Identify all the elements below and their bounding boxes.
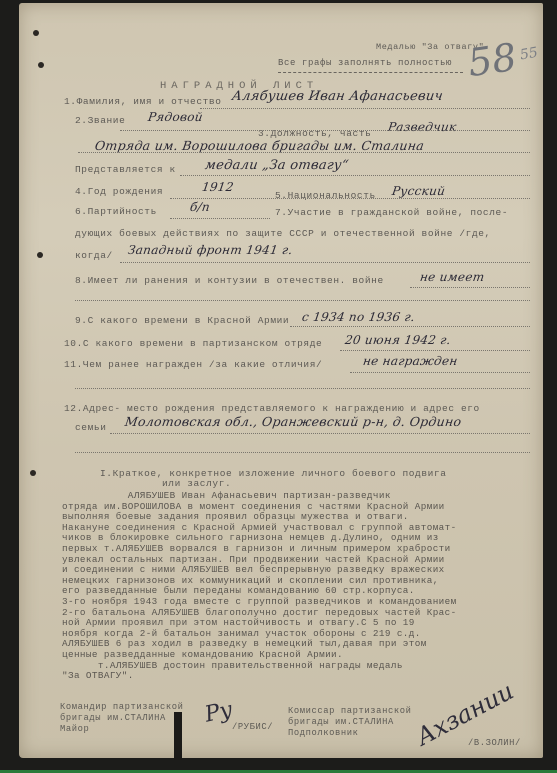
field-name-label: 1.Фамилия, имя и отчество <box>64 96 222 107</box>
field-name-value: Алябушев Иван Афанасьевич <box>231 89 444 104</box>
dotted-line <box>180 175 530 176</box>
dotted-line <box>120 130 530 131</box>
section-heading-line2: или заслуг. <box>162 478 231 489</box>
right-signer-title-1: Комиссар партизанской <box>288 706 411 716</box>
field-rank-value: Рядовой <box>147 110 204 124</box>
fill-instruction: Все графы заполнять полностью <box>278 58 452 68</box>
left-signer-name: /РУБИС/ <box>232 722 273 732</box>
narrative-line: 3-го ноября 1943 года вместе с группой р… <box>62 597 457 608</box>
field-partisan-value: 20 июня 1942 г. <box>344 333 452 347</box>
field-wounds-value: не имеет <box>419 270 485 284</box>
dotted-line <box>75 300 530 301</box>
left-signer-title-1: Командир партизанской <box>60 702 183 712</box>
left-signer-rank: Майор <box>60 724 89 734</box>
field-award-value: медали „За отвагу“ <box>204 158 350 173</box>
field-unit-value: Отряда им. Ворошилова бригады им. Сталин… <box>94 138 425 153</box>
field-red-army-label: 9.С какого времени в Красной Армии <box>75 315 289 326</box>
field-rank-label: 2.Звание <box>75 115 125 126</box>
dotted-line <box>410 287 530 288</box>
instruction-underline <box>278 72 463 73</box>
field-birth-year-value: 1912 <box>201 180 235 194</box>
field-address-label-1: 12.Адрес- место рождения представляемого… <box>64 403 480 414</box>
field-address-value: Молотовская обл., Оранжевский р-н, д. Ор… <box>124 414 463 429</box>
dotted-line <box>78 152 530 153</box>
narrative-block: АЛЯБУШЕВ Иван Афанасьевич партизан-разве… <box>62 491 457 682</box>
field-address-label-2: семьи <box>75 422 107 433</box>
punch-hole <box>38 62 44 68</box>
field-birth-year-label: 4.Год рождения <box>75 186 163 197</box>
field-award-label: Представляется к <box>75 164 176 175</box>
right-signer-rank: Подполковник <box>288 728 359 738</box>
field-war-label-2: дующих боевых действиях по защите СССР и… <box>75 228 491 239</box>
narrative-line: АЛЯБУШЕВ Иван Афанасьевич партизан-разве… <box>62 491 457 502</box>
field-nationality-label: 5.Национальность <box>275 190 376 201</box>
narrative-line: "За ОТВАГУ". <box>62 671 457 682</box>
section-heading-line1: I.Краткое, конкретное изложение личного … <box>100 468 447 479</box>
field-party-value: б/п <box>189 200 211 214</box>
narrative-line: первых т.АЛЯБУШЕВ ворвался в гарнизон и … <box>62 544 457 555</box>
field-position-value: Разведчик <box>387 120 457 134</box>
dotted-line <box>110 433 530 434</box>
punch-hole <box>30 470 36 476</box>
narrative-line: ценные разведданные командованию Красной… <box>62 650 457 661</box>
dotted-line <box>75 452 530 453</box>
field-awards-value: не награжден <box>362 354 459 368</box>
punch-hole <box>37 252 43 258</box>
dotted-line <box>120 262 530 263</box>
field-war-value: Западный фронт 1941 г. <box>127 243 294 257</box>
field-party-label: 6.Партийность <box>75 206 157 217</box>
field-nationality-value: Русский <box>391 184 446 198</box>
dotted-line <box>290 326 530 327</box>
punch-hole <box>33 30 39 36</box>
field-wounds-label: 8.Имеет ли ранения и контузии в отечеств… <box>75 275 384 286</box>
right-signer-title-2: бригады им.СТАЛИНА <box>288 717 394 727</box>
dotted-line <box>170 198 530 199</box>
dotted-line <box>170 218 270 219</box>
dotted-line <box>340 350 530 351</box>
dotted-line <box>200 108 530 109</box>
field-war-label-1: 7.Участие в гражданской войне, после- <box>275 207 508 218</box>
right-signer-name: /В.ЗОЛИН/ <box>468 738 521 748</box>
field-red-army-value: с 1934 по 1936 г. <box>301 310 416 324</box>
dotted-line <box>75 388 530 389</box>
field-partisan-label: 10.С какого времени в партизанском отряд… <box>64 338 322 349</box>
field-war-label-3: когда/ <box>75 250 113 261</box>
scan-shadow <box>174 712 182 760</box>
archive-number-small: 55 <box>519 45 539 64</box>
archive-number: 58 <box>465 35 519 85</box>
dotted-line <box>350 372 530 373</box>
left-signer-title-2: бригады им.СТАЛИНА <box>60 713 166 723</box>
field-awards-label: 11.Чем ранее награжден /за какие отличия… <box>64 359 322 370</box>
